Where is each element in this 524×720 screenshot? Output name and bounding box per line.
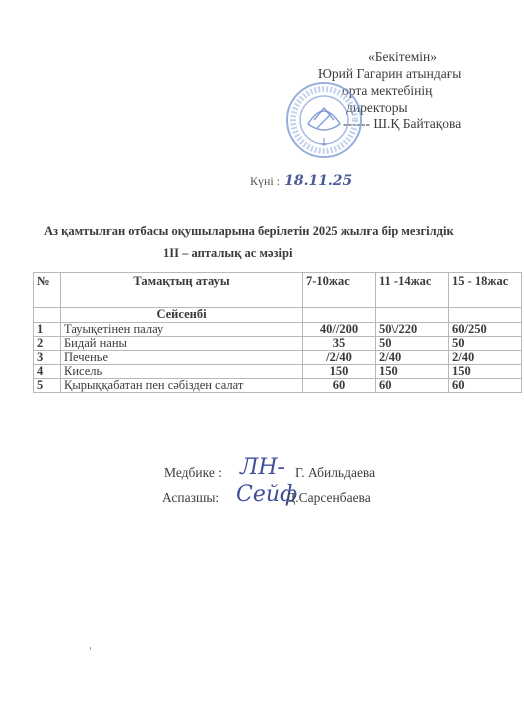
header-age-7-10: 7-10жас <box>303 273 376 308</box>
document-title: Аз қамтылған отбасы оқушыларына берілеті… <box>44 224 454 239</box>
header-number: № <box>34 273 61 308</box>
cook-role: Аспазшы: <box>162 490 219 506</box>
row-dish: Қырыққабатан пен сәбізден салат <box>61 379 303 393</box>
day-label: Сейсенбі <box>61 308 303 323</box>
row-number: 2 <box>34 337 61 351</box>
nurse-signature-mark: ЛН- <box>240 455 285 480</box>
table-day-row: Сейсенбі <box>34 308 522 323</box>
header-dish-name: Тамақтың атауы <box>61 273 303 308</box>
header-age-11-14: 11 -14жас <box>376 273 449 308</box>
table-header-row: № Тамақтың атауы 7-10жас 11 -14жас 15 - … <box>34 273 522 308</box>
row-portion-11-14: 150 <box>376 365 449 379</box>
table-row: 3 Печенье /2/40 2/40 2/40 <box>34 351 522 365</box>
row-portion-11-14: 50 <box>376 337 449 351</box>
row-portion-7-10: /2/40 <box>303 351 376 365</box>
row-portion-11-14: 50\/220 <box>376 323 449 337</box>
row-portion-15-18: 2/40 <box>449 351 522 365</box>
row-portion-11-14: 60 <box>376 379 449 393</box>
table-row: 1 Тауықетінен палау 40//200 50\/220 60/2… <box>34 323 522 337</box>
table-row: 5 Қырыққабатан пен сәбізден салат 60 60 … <box>34 379 522 393</box>
header-age-15-18: 15 - 18жас <box>449 273 522 308</box>
table-row: 4 Кисель 150 150 150 <box>34 365 522 379</box>
row-portion-15-18: 60/250 <box>449 323 522 337</box>
official-seal-icon <box>284 80 364 160</box>
date-line: Күні : 18.11.25 <box>250 172 352 190</box>
row-portion-15-18: 50 <box>449 337 522 351</box>
row-dish: Кисель <box>61 365 303 379</box>
date-value: 18.11.25 <box>284 173 352 189</box>
row-dish: Печенье <box>61 351 303 365</box>
scan-speck <box>90 647 91 650</box>
row-portion-7-10: 60 <box>303 379 376 393</box>
row-number: 3 <box>34 351 61 365</box>
row-portion-7-10: 35 <box>303 337 376 351</box>
row-portion-7-10: 40//200 <box>303 323 376 337</box>
row-portion-7-10: 150 <box>303 365 376 379</box>
document-subtitle: 1ІІ – апталық ас мәзірі <box>163 246 292 261</box>
row-number: 4 <box>34 365 61 379</box>
row-dish: Бидай наны <box>61 337 303 351</box>
approval-heading: «Бекітемін» <box>368 48 437 65</box>
date-label: Күні : <box>250 174 280 188</box>
row-number: 1 <box>34 323 61 337</box>
table-row: 2 Бидай наны 35 50 50 <box>34 337 522 351</box>
row-portion-15-18: 60 <box>449 379 522 393</box>
cook-name: Д.Сарсенбаева <box>286 490 371 506</box>
row-dish: Тауықетінен палау <box>61 323 303 337</box>
row-portion-11-14: 2/40 <box>376 351 449 365</box>
nurse-name: Г. Абильдаева <box>295 465 375 481</box>
row-portion-15-18: 150 <box>449 365 522 379</box>
row-number: 5 <box>34 379 61 393</box>
nurse-role: Медбике : <box>164 465 222 481</box>
menu-table: № Тамақтың атауы 7-10жас 11 -14жас 15 - … <box>33 272 522 393</box>
